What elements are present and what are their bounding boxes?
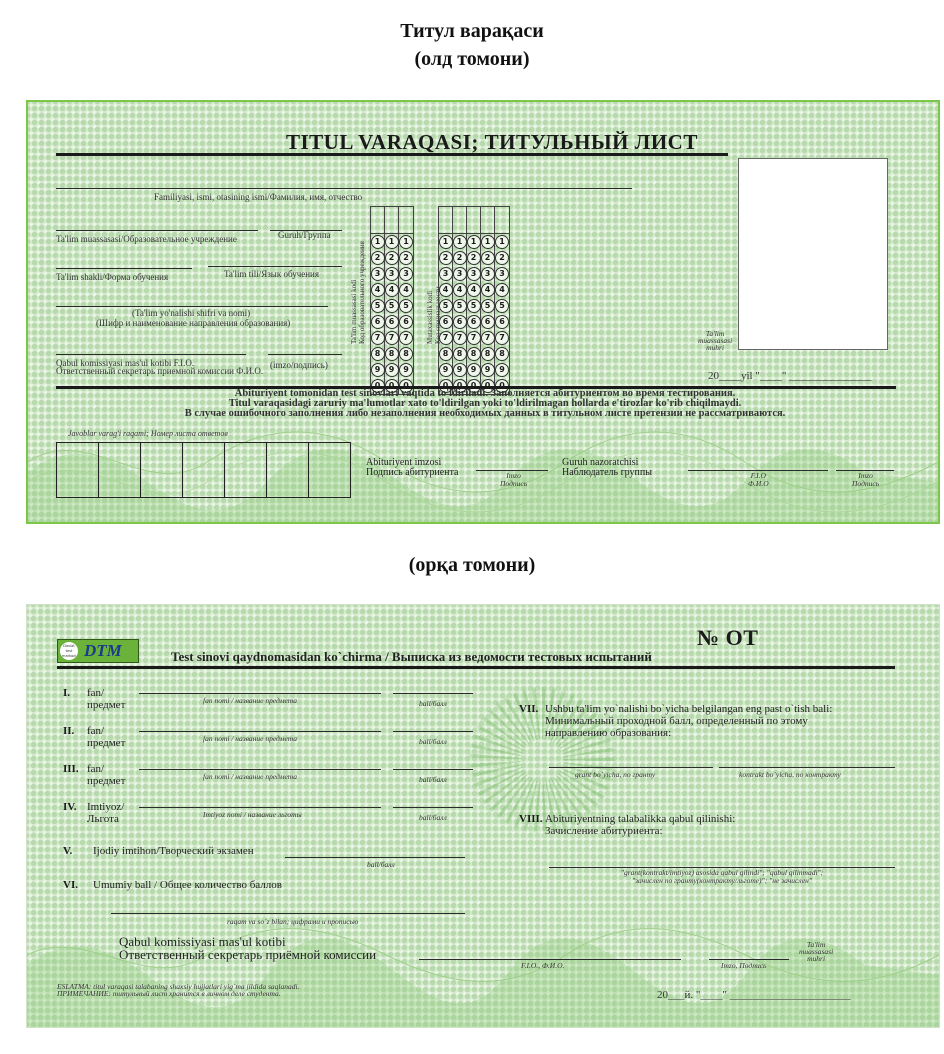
- row-label: fan/предмет: [87, 687, 125, 711]
- digit-bubble[interactable]: 9: [371, 363, 385, 377]
- signature-label: (imzo/подпись): [270, 360, 328, 370]
- digit-bubble[interactable]: 7: [467, 331, 481, 345]
- digit-bubble[interactable]: 7: [399, 331, 413, 345]
- digit-bubble[interactable]: 1: [399, 235, 413, 249]
- full-name-field[interactable]: [56, 188, 632, 189]
- subject-name-field[interactable]: [139, 769, 381, 770]
- code-digit-box[interactable]: [481, 207, 494, 234]
- back-secretary-fio-field[interactable]: [419, 959, 681, 960]
- page-heading-main: Титул варақаси: [0, 20, 944, 43]
- code-column[interactable]: 1234567890: [481, 207, 495, 394]
- subject-name-hint: Imtiyoz nomi / название льготы: [203, 810, 302, 819]
- code-digit-box[interactable]: [467, 207, 480, 234]
- digit-bubble[interactable]: 5: [385, 299, 399, 313]
- digit-bubble[interactable]: 6: [495, 315, 509, 329]
- row-v-score-hint: ball/балл: [367, 860, 395, 869]
- subject-name-field[interactable]: [139, 807, 381, 808]
- row-vii-number: VII.: [519, 703, 538, 715]
- digit-bubble[interactable]: 5: [453, 299, 467, 313]
- digit-bubble[interactable]: 5: [467, 299, 481, 313]
- applicant-signature-label: Abituriyent imzosiПодпись абитуриента: [366, 458, 458, 478]
- digit-bubble[interactable]: 7: [385, 331, 399, 345]
- digit-bubble[interactable]: 9: [495, 363, 509, 377]
- digit-bubble[interactable]: 9: [439, 363, 453, 377]
- code-digit-box[interactable]: [439, 207, 452, 234]
- subject-score-field[interactable]: [393, 807, 473, 808]
- digit-bubble[interactable]: 1: [385, 235, 399, 249]
- digit-bubble[interactable]: 7: [495, 331, 509, 345]
- digit-bubble[interactable]: 2: [453, 251, 467, 265]
- answer-sheet-digit-box[interactable]: [225, 443, 267, 497]
- row-number: III.: [63, 763, 79, 775]
- digit-bubble[interactable]: 3: [453, 267, 467, 281]
- answer-sheet-number-boxes[interactable]: [56, 442, 351, 498]
- digit-bubble[interactable]: 8: [385, 347, 399, 361]
- subject-name-hint: fan nomi / название предмета: [203, 734, 297, 743]
- back-title-underline: [57, 666, 895, 669]
- subject-score-field[interactable]: [393, 731, 473, 732]
- code-digit-box[interactable]: [453, 207, 466, 234]
- subject-name-hint: fan nomi / название предмета: [203, 772, 297, 781]
- digit-bubble[interactable]: 1: [495, 235, 509, 249]
- document-number: № OT: [697, 625, 758, 651]
- back-sign-hint: Imzo, Подпись: [721, 961, 766, 970]
- answer-sheet-digit-box[interactable]: [309, 443, 350, 497]
- digit-bubble[interactable]: 3: [371, 267, 385, 281]
- row-vi-hint: raqam va so`z bilan; цифрами и прописью: [227, 917, 358, 926]
- digit-bubble[interactable]: 6: [385, 315, 399, 329]
- code-column[interactable]: 1234567890: [495, 207, 509, 394]
- subject-name-field[interactable]: [139, 731, 381, 732]
- subject-name-field[interactable]: [139, 693, 381, 694]
- subject-name-hint: fan nomi / название предмета: [203, 696, 297, 705]
- front-title: TITUL VARAQASI; ТИТУЛЬНЫЙ ЛИСТ: [286, 130, 698, 155]
- row-vii-label: Ushbu ta'lim yo`nalishi bo`yicha belgila…: [545, 703, 832, 739]
- digit-bubble[interactable]: 2: [399, 251, 413, 265]
- row-viii-label: Abituriyentning talabalikka qabul qilini…: [545, 813, 735, 837]
- answer-sheet-label: Javoblar varag'i raqami; Номер листа отв…: [68, 429, 228, 438]
- creative-exam-field[interactable]: [285, 857, 465, 858]
- back-date-line[interactable]: 20___й. "____" ______________________: [657, 989, 851, 1001]
- code-column[interactable]: 1234567890: [467, 207, 481, 394]
- digit-bubble[interactable]: 3: [439, 267, 453, 281]
- code-digit-box[interactable]: [385, 207, 398, 234]
- digit-bubble[interactable]: 8: [399, 347, 413, 361]
- subject-score-field[interactable]: [393, 693, 473, 694]
- code-column[interactable]: 1234567890: [453, 207, 467, 394]
- digit-bubble[interactable]: 6: [481, 315, 495, 329]
- direction-label-2: (Шифр и наименование направления образов…: [96, 318, 290, 328]
- study-form-label: Ta'lim shakli/Форма обучения: [56, 272, 168, 282]
- digit-bubble[interactable]: 6: [399, 315, 413, 329]
- title-underline: [56, 153, 728, 156]
- row-label: fan/предмет: [87, 725, 125, 749]
- date-line[interactable]: 20____yil "____" _______________: [708, 370, 872, 382]
- group-label: Guruh/Группа: [278, 230, 331, 240]
- group-observer-label: Guruh nazoratchisiНаблюдатель группы: [562, 458, 652, 478]
- subject-score-hint: ball/балл: [419, 699, 447, 708]
- code-digit-box[interactable]: [495, 207, 509, 234]
- min-score-contract-field[interactable]: [719, 767, 895, 768]
- code-grid-1[interactable]: 123456789012345678901234567890: [370, 206, 414, 395]
- page-heading-front: (олд томони): [0, 48, 944, 71]
- stamp-label: Ta'limmuassasasimuhri: [698, 330, 732, 351]
- code-grid-2[interactable]: 1234567890123456789012345678901234567890…: [438, 206, 510, 395]
- digit-bubble[interactable]: 5: [439, 299, 453, 313]
- digit-bubble[interactable]: 4: [385, 283, 399, 297]
- code-column[interactable]: 1234567890: [385, 207, 399, 394]
- digit-bubble[interactable]: 3: [399, 267, 413, 281]
- digit-bubble[interactable]: 2: [371, 251, 385, 265]
- direction-field[interactable]: [56, 306, 328, 307]
- front-sheet: TITUL VARAQASI; ТИТУЛЬНЫЙ ЛИСТ Familiyas…: [26, 100, 940, 524]
- logo-emblem-icon: Davlat test markazi: [60, 642, 78, 660]
- applicant-sign-hint: ImzoПодпись: [500, 472, 527, 488]
- digit-bubble[interactable]: 2: [439, 251, 453, 265]
- row-label: Imtiyoz/Льгота: [87, 801, 124, 825]
- row-viii-number: VIII.: [519, 813, 543, 825]
- answer-sheet-digit-box[interactable]: [99, 443, 141, 497]
- study-language-field[interactable]: [208, 266, 342, 267]
- row-number: I.: [63, 687, 70, 699]
- digit-bubble[interactable]: 5: [399, 299, 413, 313]
- back-stamp-label: Ta'limmuassasasimuhri: [799, 941, 833, 962]
- back-note: ESLATMA: titul varaqasi talabaning shaxs…: [57, 983, 299, 997]
- digit-bubble[interactable]: 2: [385, 251, 399, 265]
- digit-bubble[interactable]: 3: [481, 267, 495, 281]
- code-column[interactable]: 1234567890: [399, 207, 413, 394]
- secretary-label-2: Ответственный секретарь приемной комисси…: [56, 366, 263, 376]
- notice: Abituriyent tomonidan test sinovlari vaq…: [28, 389, 940, 419]
- digit-bubble[interactable]: 1: [453, 235, 467, 249]
- digit-bubble[interactable]: 8: [495, 347, 509, 361]
- digit-bubble[interactable]: 4: [399, 283, 413, 297]
- digit-bubble[interactable]: 4: [481, 283, 495, 297]
- digit-bubble[interactable]: 7: [481, 331, 495, 345]
- digit-bubble[interactable]: 2: [495, 251, 509, 265]
- digit-bubble[interactable]: 9: [399, 363, 413, 377]
- subject-score-field[interactable]: [393, 769, 473, 770]
- observer-fio-hint: F.I.OФ.И.О: [748, 472, 769, 488]
- digit-bubble[interactable]: 4: [495, 283, 509, 297]
- digit-bubble[interactable]: 8: [467, 347, 481, 361]
- full-name-label: Familiyasi, ismi, otasining ismi/Фамилия…: [154, 192, 362, 202]
- subject-score-hint: ball/балл: [419, 775, 447, 784]
- digit-bubble[interactable]: 6: [371, 315, 385, 329]
- code-column[interactable]: 1234567890: [439, 207, 453, 394]
- photo-box[interactable]: [738, 158, 888, 350]
- direction-label-1: (Ta'lim yo'nalishi shifri va nomi): [132, 308, 250, 318]
- row-label: fan/предмет: [87, 763, 125, 787]
- back-secretary-label: Qabul komissiyasi mas'ul kotibiОтветстве…: [119, 935, 376, 961]
- contract-hint: kontrakt bo`yicha, по контракту: [739, 770, 841, 779]
- row-number: II.: [63, 725, 74, 737]
- study-language-label: Ta'lim tili/Язык обучения: [224, 269, 319, 279]
- digit-bubble[interactable]: 1: [371, 235, 385, 249]
- row-number: IV.: [63, 801, 77, 813]
- secretary-signature-field[interactable]: [268, 354, 342, 355]
- back-title: Test sinovi qaydnomasidan ko`chirma / Вы…: [171, 649, 652, 665]
- answer-sheet-digit-box[interactable]: [183, 443, 225, 497]
- digit-bubble[interactable]: 4: [371, 283, 385, 297]
- digit-bubble[interactable]: 5: [481, 299, 495, 313]
- back-sheet: Davlat test markazi DTM № OT Test sinovi…: [26, 604, 940, 1028]
- digit-bubble[interactable]: 6: [467, 315, 481, 329]
- observer-sign-hint: ImzoПодпись: [852, 472, 879, 488]
- subject-score-hint: ball/балл: [419, 737, 447, 746]
- digit-bubble[interactable]: 3: [467, 267, 481, 281]
- dtm-logo: Davlat test markazi DTM: [57, 639, 139, 663]
- total-score-field[interactable]: [111, 913, 465, 914]
- secretary-field[interactable]: [56, 354, 246, 355]
- digit-bubble[interactable]: 3: [495, 267, 509, 281]
- digit-bubble[interactable]: 6: [453, 315, 467, 329]
- code-grid-1-label: Ta'lim muassasasi kodiКод образовательно…: [350, 241, 366, 344]
- digit-bubble[interactable]: 5: [371, 299, 385, 313]
- answer-sheet-digit-box[interactable]: [141, 443, 183, 497]
- code-digit-box[interactable]: [371, 207, 384, 234]
- digit-bubble[interactable]: 1: [467, 235, 481, 249]
- back-fio-hint: F.I.O., Ф.И.О.: [521, 961, 564, 970]
- admission-hint: "grant(kontrakt/imtiyoz) asosida qabul q…: [27, 869, 940, 885]
- subject-score-hint: ball/балл: [419, 813, 447, 822]
- back-secretary-signature-field[interactable]: [709, 959, 789, 960]
- digit-bubble[interactable]: 6: [439, 315, 453, 329]
- institution-label: Ta'lim muassasasi/Образовательное учрежд…: [56, 234, 237, 244]
- page-heading-back: (орқа томони): [0, 554, 944, 577]
- row-v-number: V.: [63, 845, 72, 857]
- row-v-label: Ijodiy imtihon/Творческий экзамен: [93, 845, 254, 857]
- digit-bubble[interactable]: 2: [481, 251, 495, 265]
- digit-bubble[interactable]: 7: [453, 331, 467, 345]
- answer-sheet-digit-box[interactable]: [267, 443, 309, 497]
- digit-bubble[interactable]: 7: [439, 331, 453, 345]
- digit-bubble[interactable]: 9: [467, 363, 481, 377]
- digit-bubble[interactable]: 8: [439, 347, 453, 361]
- digit-bubble[interactable]: 3: [385, 267, 399, 281]
- code-digit-box[interactable]: [399, 207, 413, 234]
- digit-bubble[interactable]: 8: [371, 347, 385, 361]
- code-column[interactable]: 1234567890: [371, 207, 385, 394]
- digit-bubble[interactable]: 1: [439, 235, 453, 249]
- answer-sheet-digit-box[interactable]: [57, 443, 99, 497]
- digit-bubble[interactable]: 8: [453, 347, 467, 361]
- digit-bubble[interactable]: 9: [453, 363, 467, 377]
- digit-bubble[interactable]: 8: [481, 347, 495, 361]
- digit-bubble[interactable]: 9: [481, 363, 495, 377]
- digit-bubble[interactable]: 5: [495, 299, 509, 313]
- study-form-field[interactable]: [56, 268, 192, 269]
- digit-bubble[interactable]: 4: [453, 283, 467, 297]
- digit-bubble[interactable]: 2: [467, 251, 481, 265]
- digit-bubble[interactable]: 4: [439, 283, 453, 297]
- digit-bubble[interactable]: 9: [385, 363, 399, 377]
- min-score-grant-field[interactable]: [549, 767, 713, 768]
- digit-bubble[interactable]: 7: [371, 331, 385, 345]
- grant-hint: grant bo`yicha, по гранту: [575, 770, 655, 779]
- digit-bubble[interactable]: 4: [467, 283, 481, 297]
- institution-field[interactable]: [56, 230, 258, 231]
- digit-bubble[interactable]: 1: [481, 235, 495, 249]
